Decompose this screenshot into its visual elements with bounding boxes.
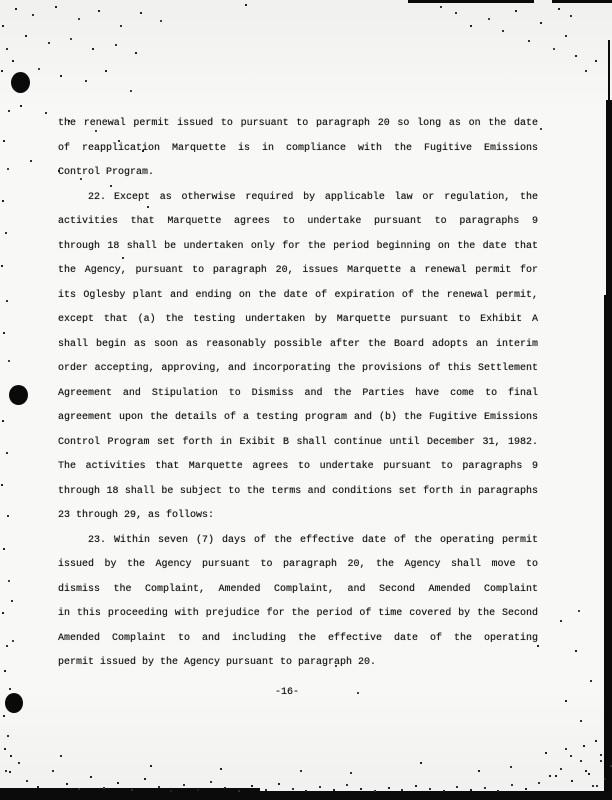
- text-line: 22.Except as otherwise required by appli…: [58, 186, 538, 211]
- text-line: of reapplication Marquette is in complia…: [58, 137, 538, 162]
- page-number: -16-: [58, 687, 516, 698]
- text-line: 23 through 29, as follows:: [58, 504, 538, 529]
- text-line: issued by the Agency pursuant to paragra…: [58, 553, 538, 578]
- scan-edge-bar-right: [608, 40, 610, 105]
- text-line: through 18 shall be subject to the terms…: [58, 480, 538, 505]
- text-line: order accepting, approving, and incorpor…: [58, 357, 538, 382]
- scan-noise: [0, 0, 2, 2]
- document-body: the renewal permit issued to pursuant to…: [58, 112, 538, 676]
- text-line: Agreement and Stipulation to Dismiss and…: [58, 382, 538, 407]
- paragraph-number: 22.: [88, 186, 114, 211]
- scan-edge-bar-bottom: [0, 788, 260, 792]
- scan-edge-bar-top: [408, 0, 534, 3]
- text-line: except that (a) the testing undertaken b…: [58, 308, 538, 333]
- hole-punch: [11, 72, 30, 93]
- text-line: in this proceeding with prejudice for th…: [58, 602, 538, 627]
- text-line: Control Program.: [58, 161, 538, 186]
- text-line: 23.Within seven (7) days of the effectiv…: [58, 529, 538, 554]
- scanned-document-page: the renewal permit issued to pursuant to…: [0, 0, 612, 800]
- hole-punch: [9, 385, 28, 405]
- scan-edge-bar-right: [606, 100, 612, 300]
- text-line: dismiss the Complaint, Amended Complaint…: [58, 578, 538, 603]
- scan-edge-bar-top-right: [552, 0, 612, 3]
- text-line: shall begin as soon as reasonably possib…: [58, 333, 538, 358]
- text-line: the renewal permit issued to pursuant to…: [58, 112, 538, 137]
- scan-noise: [0, 740, 2, 742]
- text-line: permit issued by the Agency pursuant to …: [58, 651, 538, 676]
- text-line: agreement upon the details of a testing …: [58, 406, 538, 431]
- scan-edge-bar-bottom: [0, 791, 612, 800]
- text-line: the Agency, pursuant to paragraph 20, is…: [58, 259, 538, 284]
- paragraph-number: 23.: [88, 529, 114, 554]
- scan-edge-bar-right: [604, 295, 612, 800]
- text-line: activities that Marquette agrees to unde…: [58, 210, 538, 235]
- text-line: Control Program set forth in Exibit B sh…: [58, 431, 538, 456]
- text-line: through 18 shall be undertaken only for …: [58, 235, 538, 260]
- text-line: The activities that Marquette agrees to …: [58, 455, 538, 480]
- text-line: its Oglesby plant and ending on the date…: [58, 284, 538, 309]
- hole-punch: [5, 693, 23, 713]
- text-line: Amended Complaint to and including the e…: [58, 627, 538, 652]
